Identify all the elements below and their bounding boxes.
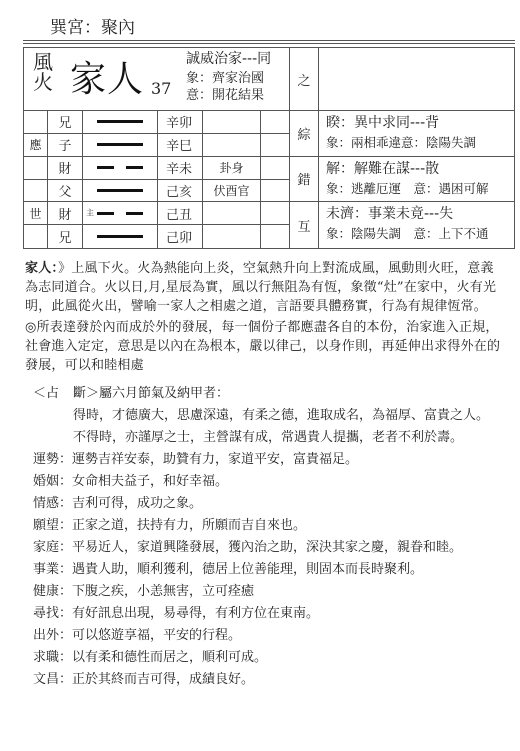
line-relative: 財 [48,157,83,180]
hexagram-table: 風 火 家人 37 誠威治家---同 象：齊家治國 意：開花結果 之 兄 辛卯 … [23,47,515,249]
related-detail: 象：陰陽失調 意：上下不通 [326,224,514,243]
item-text: 運勢吉祥安泰，助贊有力，家道平安，富貴福足。 [72,452,358,467]
item-text: 以有柔和德性而居之，順利可成。 [72,650,267,665]
related-title: 睽：異中求同---背 [326,114,514,133]
line-relative: 父 [48,180,83,203]
note-line: 發展，可以和睦相處 [25,356,517,375]
yao-line-icon [97,212,143,215]
divination-item-wish: 願望：正家之道，扶持有力，所願而吉自來也。 [33,515,515,537]
related-title: 解：解難在謀---散 [326,160,514,179]
double-divider [23,40,515,44]
item-label: 婚姻： [33,474,72,489]
divination-item-marriage: 婚姻：女命相夫益子，和好幸福。 [33,471,515,493]
item-label: 事業： [33,562,72,577]
line-extra [261,225,290,248]
divination-item-travel: 出外：可以悠遊享福，平安的行程。 [33,625,515,647]
divination-timing: 得時，才德廣大，思慮深遠，有柔之德，進取成名，為福厚、富貴之人。 [33,405,515,427]
line-symbol-cell [83,134,158,157]
line-symbol-cell: 主 [83,202,158,225]
hexagram-header-row: 風 火 家人 37 誠威治家---同 象：齊家治國 意：開花結果 之 [24,48,514,111]
line-extra [261,180,290,203]
item-text: 女命相夫益子，和好幸福。 [72,474,228,489]
related-detail: 象：兩相乖違意：陰陽失調 [326,133,514,152]
palace-title: 巽宮：聚內 [50,13,135,38]
line-hidden-spirit [203,134,261,157]
yao-line-icon [97,235,143,238]
description-text: 》上風下火。火為熱能向上炎，空氣熱升向上對流成風，風動則火旺，意義 [58,261,494,276]
line-marker: 主 [86,208,94,219]
line-extra [261,202,290,225]
item-label: 運勢： [33,452,72,467]
divination-heading-suffix: 斷＞屬六月節氣及納甲者： [73,386,229,401]
line-position [24,111,48,134]
note-line: 社會進入定定，意思是以內在為根本，嚴以律己，以身作則，再延伸出求得外在的 [25,337,517,356]
hexagram-name: 家人 [70,60,144,100]
upper-trigram: 風 [33,52,53,72]
related-body-cuo: 解：解難在謀---散 象：逃離厄運 意：遇困可解 [319,157,514,203]
related-body-zong: 睽：異中求同---背 象：兩相乖違意：陰陽失調 [319,111,514,157]
item-label: 願望： [33,518,72,533]
line-ganzhi: 己卯 [158,225,203,248]
divination-item-romance: 情感：吉利可得，成功之象。 [33,493,515,515]
item-text: 正家之道，扶持有力，所願而吉自來也。 [72,518,306,533]
line-ganzhi: 己亥 [158,180,203,203]
line-position: 世 [24,202,48,225]
yao-line-icon [97,143,143,146]
yao-line-icon [97,166,143,169]
line-hidden-spirit [203,111,261,134]
line-hidden-spirit: 伏酉官 [203,180,261,203]
related-detail: 象：逃離厄運 意：遇困可解 [326,179,514,198]
divination-section: ＜占斷＞屬六月節氣及納甲者： 得時，才德廣大，思慮深遠，有柔之德，進取成名，為福… [33,383,515,691]
divination-heading: ＜占斷＞屬六月節氣及納甲者： [33,383,515,405]
yao-line-icon [97,189,143,192]
hexagram-description: 家人：》上風下火。火為熱能向上炎，空氣熱升向上對流成風，風動則火旺，意義 為志同… [25,259,517,316]
line-ganzhi: 辛卯 [158,111,203,134]
line-extra [261,157,290,180]
divination-timing: 不得時，亦謹厚之士，主營謀有成，常遇貴人提攜，老者不利於壽。 [33,427,515,449]
divination-item-job: 求職：以有柔和德性而居之，順利可成。 [33,647,515,669]
divination-item-search: 尋找：有好訊息出現，易尋得，有利方位在東南。 [33,603,515,625]
description-line: 明，此風從火出，譬喻一家人之相處之道，言語要具體務實，行為有規律恆常。 [25,297,517,316]
item-text: 吉利可得，成功之象。 [72,496,202,511]
hexagram-meaning: 意：開花結果 [186,87,264,104]
description-line: 為志同道合。火以日,月,星辰為實，風以行無阻為有恆，象徵“灶”在家中，火有光 [25,278,517,297]
item-label: 出外： [33,628,72,643]
line-extra [261,134,290,157]
item-label: 健康： [33,584,72,599]
change-content [319,48,514,110]
line-symbol-cell [83,180,158,203]
hexagram-name-cell: 風 火 家人 37 誠威治家---同 象：齊家治國 意：開花結果 [24,48,290,110]
note-line: ◎所表達發於內而成於外的發展，每一個份子都應盡各自的本份，治家進入正規， [25,318,517,337]
related-label-zong: 綜 [290,111,319,157]
description-line: 家人：》上風下火。火為熱能向上炎，空氣熱升向上對流成風，風動則火旺，意義 [25,259,517,278]
line-ganzhi: 辛巳 [158,134,203,157]
line-position [24,157,48,180]
description-lead: 家人： [25,261,58,276]
related-title: 未濟：事業未竟---失 [326,205,514,224]
line-ganzhi: 己丑 [158,202,203,225]
item-label: 家庭： [33,540,72,555]
related-hexagrams: 綜 睽：異中求同---背 象：兩相乖違意：陰陽失調 錯 解：解難在謀---散 象… [290,111,514,248]
related-body-hu: 未濟：事業未竟---失 象：陰陽失調 意：上下不通 [319,202,514,248]
hexagram-image: 象：齊家治國 [186,70,264,87]
item-label: 求職： [33,650,72,665]
hexagram-motto: 誠威治家---同 [186,50,271,68]
related-label-cuo: 錯 [290,157,319,203]
item-text: 正於其終而吉可得，成績良好。 [72,672,254,687]
line-relative: 兄 [48,225,83,248]
item-label: 尋找： [33,606,72,621]
item-text: 平易近人，家道興隆發展，獲內治之助，深決其家之慶，親眷和睦。 [72,540,462,555]
related-label-hu: 互 [290,202,319,248]
line-hidden-spirit: 卦身 [203,157,261,180]
line-position [24,225,48,248]
item-text: 有好訊息出現，易尋得，有利方位在東南。 [72,606,319,621]
line-relative: 子 [48,134,83,157]
divination-item-study: 文昌：正於其終而吉可得，成績良好。 [33,669,515,691]
divination-item-career: 事業：遇貴人助，順利獲利，德居上位善能理，則固本而長時聚利。 [33,559,515,581]
item-label: 文昌： [33,672,72,687]
item-text: 下腹之疾，小恙無害，立可痊癒 [72,584,254,599]
line-relative: 兄 [48,111,83,134]
change-label: 之 [290,48,319,110]
line-position [24,180,48,203]
divination-heading-prefix: ＜占 [33,383,73,405]
hexagram-number: 37 [151,79,171,98]
line-relative: 財 [48,202,83,225]
divination-item-fortune: 運勢：運勢吉祥安泰，助贊有力，家道平安，富貴福足。 [33,449,515,471]
line-ganzhi: 辛未 [158,157,203,180]
line-extra [261,111,290,134]
lower-trigram: 火 [33,72,53,92]
divination-item-family: 家庭：平易近人，家道興隆發展，獲內治之助，深決其家之慶，親眷和睦。 [33,537,515,559]
hexagram-note: ◎所表達發於內而成於外的發展，每一個份子都應盡各自的本份，治家進入正規， 社會進… [25,318,517,375]
line-symbol-cell [83,157,158,180]
line-position: 應 [24,134,48,157]
line-hidden-spirit [203,225,261,248]
yao-line-icon [97,120,143,123]
yao-lines-grid: 兄 辛卯 應 子 辛巳 財 辛未 卦身 父 己亥 伏酉官 世 財 主 己丑 [24,111,290,248]
item-text: 遇貴人助，順利獲利，德居上位善能理，則固本而長時聚利。 [72,562,423,577]
line-symbol-cell [83,111,158,134]
line-hidden-spirit [203,202,261,225]
item-text: 可以悠遊享福，平安的行程。 [72,628,241,643]
line-symbol-cell [83,225,158,248]
divination-item-health: 健康：下腹之疾，小恙無害，立可痊癒 [33,581,515,603]
item-label: 情感： [33,496,72,511]
